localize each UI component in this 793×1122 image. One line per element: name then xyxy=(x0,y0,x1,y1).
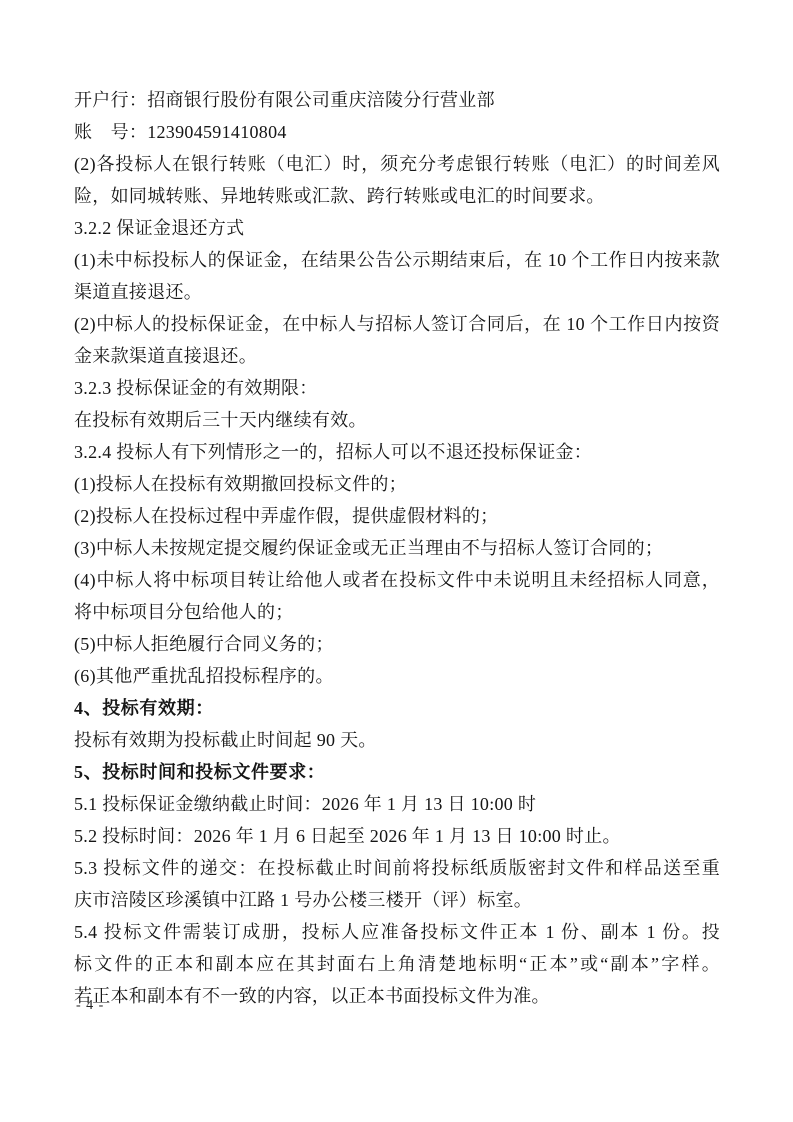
text-line: 若正本和副本有不一致的内容，以正本书面投标文件为准。 xyxy=(74,980,720,1012)
text-line: (2)各投标人在银行转账（电汇）时，须充分考虑银行转账（电汇）的时间差风 xyxy=(74,148,720,180)
list-item: (2)投标人在投标过程中弄虚作假，提供虚假材料的； xyxy=(74,500,720,532)
section-heading: 3.2.2 保证金退还方式 xyxy=(74,212,720,244)
list-item: (5)中标人拒绝履行合同义务的； xyxy=(74,628,720,660)
text-line: 5.1 投标保证金缴纳截止时间：2026 年 1 月 13 日 10:00 时 xyxy=(74,788,720,820)
text-line: (1)未中标投标人的保证金，在结果公告公示期结束后，在 10 个工作日内按来款 xyxy=(74,244,720,276)
text-line: 标文件的正本和副本应在其封面右上角清楚地标明“正本”或“副本”字样。 xyxy=(74,948,720,980)
text-line: 开户行：招商银行股份有限公司重庆涪陵分行营业部 xyxy=(74,84,720,116)
text-line: 险，如同城转账、异地转账或汇款、跨行转账或电汇的时间要求。 xyxy=(74,180,720,212)
text-line: 账 号：123904591410804 xyxy=(74,116,720,148)
text-line: (2)中标人的投标保证金，在中标人与招标人签订合同后，在 10 个工作日内按资 xyxy=(74,308,720,340)
text-line: 在投标有效期后三十天内继续有效。 xyxy=(74,404,720,436)
section-heading: 3.2.4 投标人有下列情形之一的，招标人可以不退还投标保证金： xyxy=(74,436,720,468)
list-item: 将中标项目分包给他人的； xyxy=(74,596,720,628)
section-heading: 4、投标有效期： xyxy=(74,692,720,724)
text-line: 渠道直接退还。 xyxy=(74,276,720,308)
text-line: 庆市涪陵区珍溪镇中江路 1 号办公楼三楼开（评）标室。 xyxy=(74,884,720,916)
page-number: - 4 - xyxy=(76,996,104,1016)
text-line: 5.2 投标时间：2026 年 1 月 6 日起至 2026 年 1 月 13 … xyxy=(74,820,720,852)
list-item: (3)中标人未按规定提交履约保证金或无正当理由不与招标人签订合同的； xyxy=(74,532,720,564)
document-body: 开户行：招商银行股份有限公司重庆涪陵分行营业部 账 号：123904591410… xyxy=(74,84,720,1012)
list-item: (6)其他严重扰乱招投标程序的。 xyxy=(74,660,720,692)
text-line: 5.3 投标文件的递交：在投标截止时间前将投标纸质版密封文件和样品送至重 xyxy=(74,852,720,884)
text-line: 投标有效期为投标截止时间起 90 天。 xyxy=(74,724,720,756)
list-item: (4)中标人将中标项目转让给他人或者在投标文件中未说明且未经招标人同意， xyxy=(74,564,720,596)
text-line: 5.4 投标文件需装订成册，投标人应准备投标文件正本 1 份、副本 1 份。投 xyxy=(74,916,720,948)
document-page: 开户行：招商银行股份有限公司重庆涪陵分行营业部 账 号：123904591410… xyxy=(0,0,793,1122)
section-heading: 5、投标时间和投标文件要求： xyxy=(74,756,720,788)
list-item: (1)投标人在投标有效期撤回投标文件的； xyxy=(74,468,720,500)
text-line: 金来款渠道直接退还。 xyxy=(74,340,720,372)
section-heading: 3.2.3 投标保证金的有效期限： xyxy=(74,372,720,404)
